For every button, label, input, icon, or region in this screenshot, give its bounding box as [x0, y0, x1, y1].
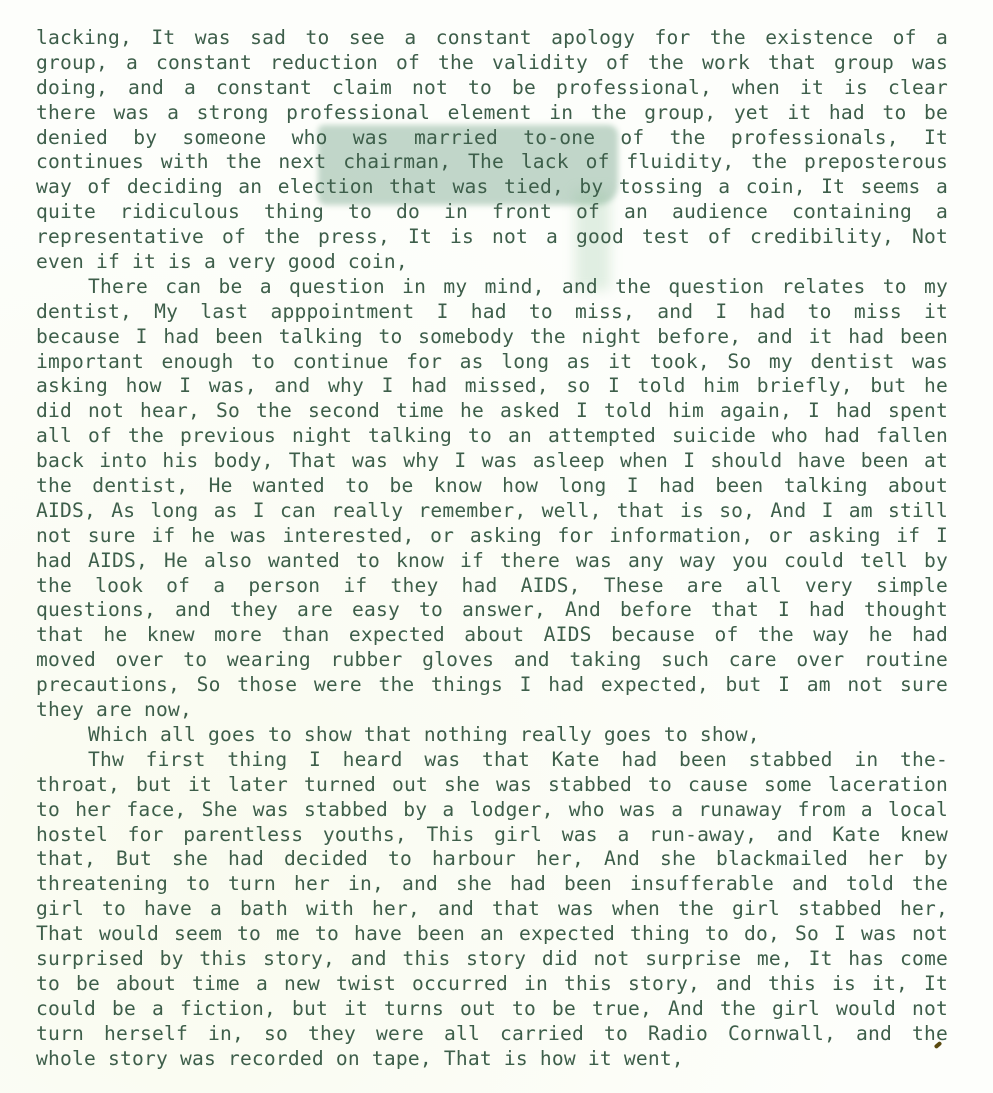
text-line: because I had been talking to somebody t… [36, 325, 948, 350]
text-line: lacking, It was sad to see a constant ap… [36, 26, 948, 51]
text-line: dentist, My last apppointment I had to m… [36, 300, 948, 325]
text-line: they are now, [36, 698, 948, 723]
paragraph: lacking, It was sad to see a constant ap… [36, 26, 948, 275]
text-line: that he knew more than expected about AI… [36, 623, 948, 648]
text-line: the look of a person if they had AIDS, T… [36, 574, 948, 599]
text-line: representative of the press, It is not a… [36, 225, 948, 250]
text-line: to her face, She was stabbed by a lodger… [36, 798, 948, 823]
text-line: not sure if he was interested, or asking… [36, 524, 948, 549]
text-line: way of deciding an election that was tie… [36, 175, 948, 200]
text-line: doing, and a constant claim not to be pr… [36, 76, 948, 101]
text-line: even if it is a very good coin, [36, 250, 948, 275]
text-line: there was a strong professional element … [36, 101, 948, 126]
text-line: That would seem to me to have been an ex… [36, 922, 948, 947]
paragraph: There can be a question in my mind, and … [36, 275, 948, 723]
paragraph: Which all goes to show that nothing real… [36, 723, 948, 748]
text-line: moved over to wearing rubber gloves and … [36, 648, 948, 673]
text-line: girl to have a bath with her, and that w… [36, 897, 948, 922]
text-line: hostel for parentless youths, This girl … [36, 823, 948, 848]
text-line: Which all goes to show that nothing real… [36, 723, 948, 748]
text-line: precautions, So those were the things I … [36, 673, 948, 698]
text-line: all of the previous night talking to an … [36, 424, 948, 449]
text-line: continues with the next chairman, The la… [36, 150, 948, 175]
text-line: did not hear, So the second time he aske… [36, 399, 948, 424]
text-line: back into his body, That was why I was a… [36, 449, 948, 474]
paragraph: Thw first thing I heard was that Kate ha… [36, 748, 948, 1072]
text-line: whole story was recorded on tape, That i… [36, 1047, 948, 1072]
text-line: AIDS, As long as I can really remember, … [36, 499, 948, 524]
text-line: to be about time a new twist occurred in… [36, 972, 948, 997]
text-line: the dentist, He wanted to be know how lo… [36, 474, 948, 499]
text-line: There can be a question in my mind, and … [36, 275, 948, 300]
text-line: surprised by this story, and this story … [36, 947, 948, 972]
text-line: questions, and they are easy to answer, … [36, 598, 948, 623]
text-line: important enough to continue for as long… [36, 350, 948, 375]
text-line: turn herself in, so they were all carrie… [36, 1022, 948, 1047]
text-line: that, But she had decided to harbour her… [36, 847, 948, 872]
text-line: denied by someone who was married to-one… [36, 126, 948, 151]
text-line: throat, but it later turned out she was … [36, 773, 948, 798]
text-line: had AIDS, He also wanted to know if ther… [36, 549, 948, 574]
text-line: Thw first thing I heard was that Kate ha… [36, 748, 948, 773]
scanned-page: lacking, It was sad to see a constant ap… [0, 0, 993, 1093]
text-line: group, a constant reduction of the valid… [36, 51, 948, 76]
text-line: could be a fiction, but it turns out to … [36, 997, 948, 1022]
text-line: asking how I was, and why I had missed, … [36, 374, 948, 399]
typed-text-body: lacking, It was sad to see a constant ap… [36, 26, 948, 1071]
text-line: threatening to turn her in, and she had … [36, 872, 948, 897]
text-line: quite ridiculous thing to do in front of… [36, 200, 948, 225]
